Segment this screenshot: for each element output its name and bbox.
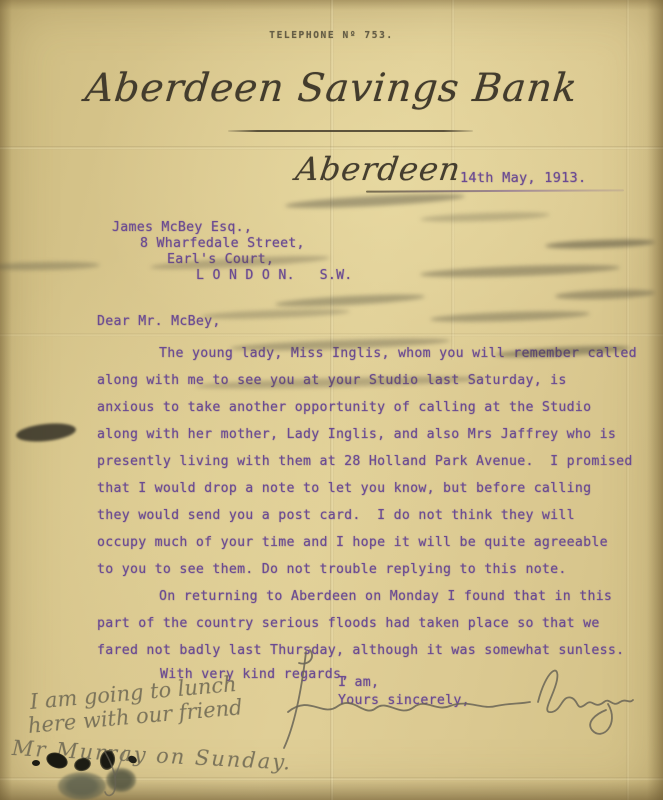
recipient-street: 8 Wharfedale Street, — [140, 236, 305, 251]
date-typed: 14th May, 1913. — [460, 170, 586, 186]
body-line: The young lady, Miss Inglis, whom you wi… — [97, 340, 637, 367]
pencil-smudge — [285, 191, 465, 210]
pencil-smudge — [420, 211, 550, 224]
paper-edge — [0, 0, 12, 800]
telephone-stamp: TELEPHONE Nº 753. — [0, 30, 663, 41]
ink-smudge — [15, 421, 76, 444]
paper-edge — [0, 0, 663, 10]
date-underline — [366, 189, 624, 192]
signature-name: Thomas Jaffrey — [0, 0, 1, 1]
letter-scan: TELEPHONE Nº 753. Aberdeen Savings Bank … — [0, 0, 663, 800]
letterhead-underline — [228, 130, 473, 132]
body-line: along with me to see you at your Studio … — [97, 367, 637, 394]
closing-i-am: I am, — [338, 675, 379, 690]
recipient-district: Earl's Court, — [167, 252, 274, 267]
body-line: part of the country serious floods had t… — [97, 610, 637, 637]
body-line: occupy much of your time and I hope it w… — [97, 529, 637, 556]
body-line: that I would drop a note to let you know… — [97, 475, 637, 502]
body-line: they would send you a post card. I do no… — [97, 502, 637, 529]
pencil-smudge — [275, 292, 425, 309]
body-line: along with her mother, Lady Inglis, and … — [97, 421, 637, 448]
recipient-city: L O N D O N. S.W. — [196, 268, 353, 283]
pencil-note-line: Mr Murray on Sunday. — [11, 736, 292, 775]
letter-body: The young lady, Miss Inglis, whom you wi… — [97, 340, 637, 664]
paper-edge — [647, 0, 663, 800]
body-line: fared not badly last Thursday, although … — [97, 637, 637, 664]
pencil-smudge — [0, 261, 100, 271]
body-line: presently living with them at 28 Holland… — [97, 448, 637, 475]
closing-sincerely: Yours sincerely, — [338, 693, 470, 708]
pencil-smudge — [420, 263, 620, 280]
place-script: Aberdeen — [293, 150, 463, 188]
horizontal-fold-crease — [0, 333, 663, 337]
pencil-smudge — [430, 309, 590, 324]
recipient-name: James McBey Esq., — [112, 220, 252, 235]
bank-name-script: Aberdeen Savings Bank — [0, 66, 663, 111]
pencil-smudge — [555, 288, 655, 300]
pencil-flourish — [95, 748, 135, 800]
body-line: On returning to Aberdeen on Monday I fou… — [97, 583, 637, 610]
body-line: anxious to take another opportunity of c… — [97, 394, 637, 421]
pencil-smudge — [200, 307, 350, 320]
pencil-smudge — [545, 238, 655, 250]
body-line: to you to see them. Do not trouble reply… — [97, 556, 637, 583]
salutation: Dear Mr. McBey, — [97, 314, 221, 329]
